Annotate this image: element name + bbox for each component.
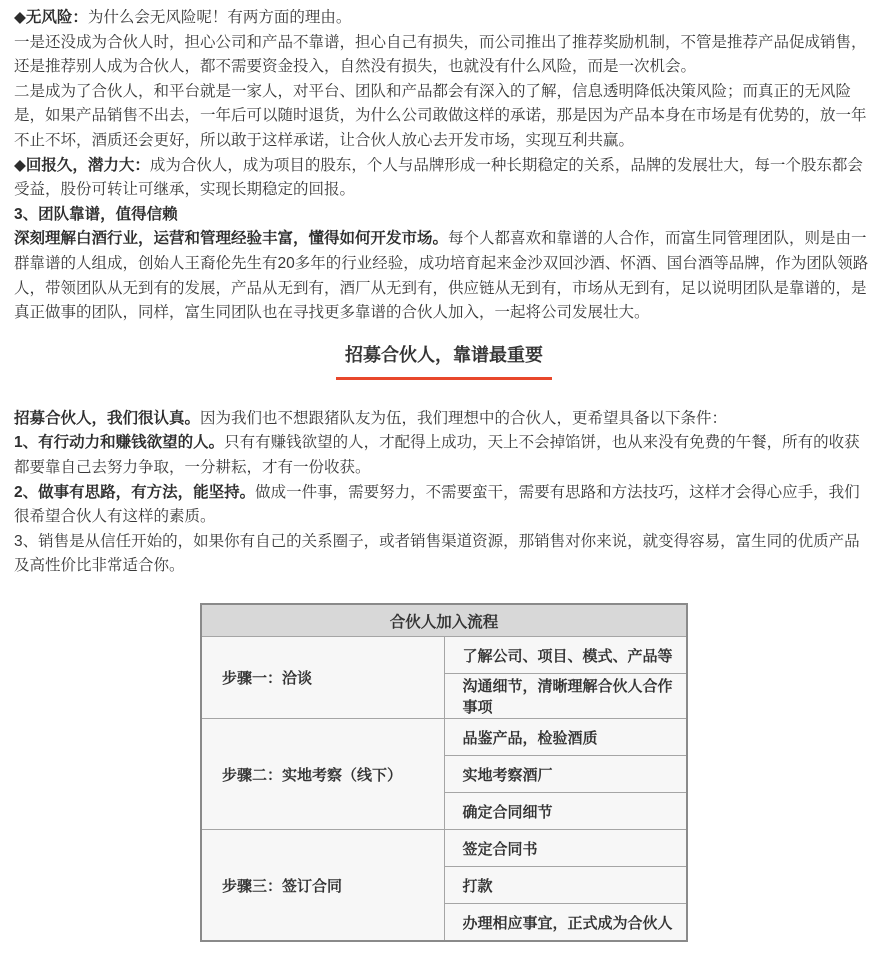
no-risk-intro-text: 为什么会无风险呢！有两方面的理由。 — [88, 9, 352, 26]
section-recruit-conditions: 招募合伙人，我们很认真。因为我们也不想跟猪队友为伍，我们理想中的合伙人，更希望具… — [14, 407, 874, 579]
no-risk-point-1: 一是还没成为合伙人时，担心公司和产品不靠谱，担心自己有损失，而公司推出了推荐奖励… — [14, 31, 874, 80]
recruit-section-title: 招募合伙人，靠谱最重要 — [14, 341, 874, 380]
no-risk-intro-line: ◆无风险：为什么会无风险呢！有两方面的理由。 — [14, 6, 874, 31]
recruit-condition-1: 1、有行动力和赚钱欲望的人。只有有赚钱欲望的人，才配得上成功，天上不会掉馅饼，也… — [14, 431, 874, 480]
table-header-row: 合伙人加入流程 — [201, 604, 687, 637]
step-2-detail-3: 确定合同细节 — [444, 793, 687, 830]
no-risk-lead: ◆无风险： — [14, 9, 88, 26]
no-risk-point-2: 二是成为了合伙人，和平台就是一家人，对平台、团队和产品都会有深入的了解，信息透明… — [14, 80, 874, 154]
step-1-detail-1: 了解公司、项目、模式、产品等 — [444, 637, 687, 674]
team-paragraph: 深刻理解白酒行业，运营和管理经验丰富，懂得如何开发市场。每个人都喜欢和靠谱的人合… — [14, 227, 874, 325]
step-3-detail-3: 办理相应事宜，正式成为合伙人 — [444, 904, 687, 941]
step-2-cell: 步骤二：实地考察（线下） — [201, 719, 444, 830]
step-1-cell: 步骤一：洽谈 — [201, 637, 444, 719]
section-team: 3、团队靠谱，值得信赖 深刻理解白酒行业，运营和管理经验丰富，懂得如何开发市场。… — [14, 203, 874, 326]
condition-1-lead: 1、有行动力和赚钱欲望的人。 — [14, 434, 224, 451]
recruit-title-underline: 招募合伙人，靠谱最重要 — [336, 341, 552, 380]
recruit-intro-text: 因为我们也不想跟猪队友为伍，我们理想中的合伙人，更希望具备以下条件： — [200, 410, 727, 427]
recruit-intro-lead: 招募合伙人，我们很认真。 — [14, 410, 200, 427]
step-3-cell: 步骤三：签订合同 — [201, 830, 444, 941]
step-3-detail-1: 签定合同书 — [444, 830, 687, 867]
team-heading: 3、团队靠谱，值得信赖 — [14, 203, 874, 228]
table-row: 步骤三：签订合同 签定合同书 — [201, 830, 687, 867]
table-row: 步骤二：实地考察（线下） 品鉴产品，检验酒质 — [201, 719, 687, 756]
step-3-detail-2: 打款 — [444, 867, 687, 904]
team-lead: 深刻理解白酒行业，运营和管理经验丰富，懂得如何开发市场。 — [14, 230, 448, 247]
returns-lead: ◆回报久，潜力大： — [14, 157, 150, 174]
article-page: ◆无风险：为什么会无风险呢！有两方面的理由。 一是还没成为合伙人时，担心公司和产… — [0, 0, 888, 957]
recruit-condition-3: 3、销售是从信任开始的，如果你有自己的关系圈子，或者销售渠道资源，那销售对你来说… — [14, 530, 874, 579]
table-row: 步骤一：洽谈 了解公司、项目、模式、产品等 — [201, 637, 687, 674]
join-process-table: 合伙人加入流程 步骤一：洽谈 了解公司、项目、模式、产品等 沟通细节，清晰理解合… — [200, 603, 688, 942]
section-returns: ◆回报久，潜力大：成为合伙人，成为项目的股东，个人与品牌形成一种长期稳定的关系，… — [14, 154, 874, 203]
recruit-intro-line: 招募合伙人，我们很认真。因为我们也不想跟猪队友为伍，我们理想中的合伙人，更希望具… — [14, 407, 874, 432]
section-no-risk: ◆无风险：为什么会无风险呢！有两方面的理由。 一是还没成为合伙人时，担心公司和产… — [14, 6, 874, 154]
step-1-detail-2: 沟通细节，清晰理解合伙人合作事项 — [444, 674, 687, 719]
step-2-detail-2: 实地考察酒厂 — [444, 756, 687, 793]
table-title: 合伙人加入流程 — [201, 604, 687, 637]
returns-paragraph: ◆回报久，潜力大：成为合伙人，成为项目的股东，个人与品牌形成一种长期稳定的关系，… — [14, 154, 874, 203]
step-2-detail-1: 品鉴产品，检验酒质 — [444, 719, 687, 756]
recruit-condition-2: 2、做事有思路，有方法，能坚持。做成一件事，需要努力，不需要蛮干，需要有思路和方… — [14, 481, 874, 530]
condition-2-lead: 2、做事有思路，有方法，能坚持。 — [14, 484, 255, 501]
